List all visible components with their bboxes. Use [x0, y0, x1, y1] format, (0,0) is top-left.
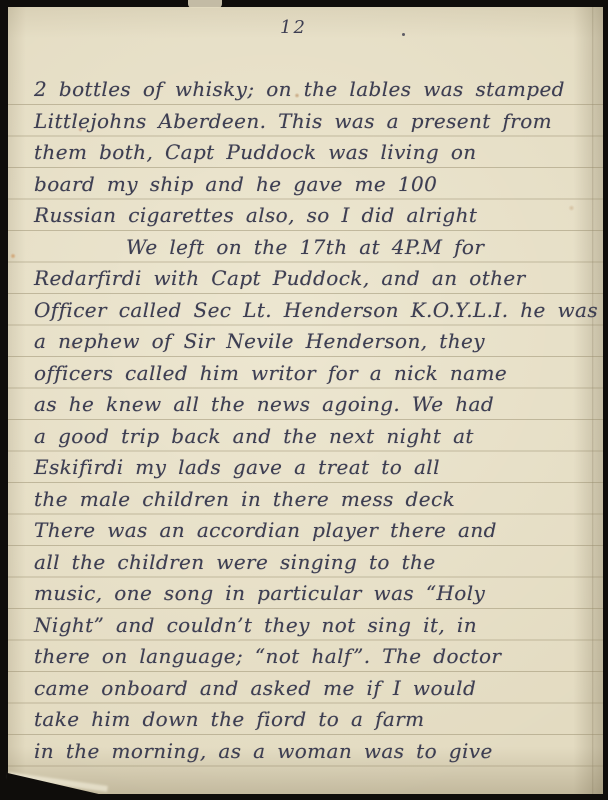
handwritten-line: 2 bottles of whisky; on the lables was s…: [34, 74, 591, 106]
handwritten-line: as he knew all the news agoing. We had: [34, 389, 591, 421]
handwritten-line: the male children in there mess deck: [34, 484, 591, 516]
handwritten-line: Russian cigarettes also, so I did alrigh…: [34, 200, 591, 232]
handwritten-line: a good trip back and the next night at: [34, 421, 591, 453]
handwritten-line: Eskifirdi my lads gave a treat to all: [34, 452, 591, 484]
handwritten-line: there on language; “not half”. The docto…: [34, 641, 591, 673]
handwritten-line: take him down the fiord to a farm: [34, 704, 591, 736]
ink-dot: [402, 33, 405, 36]
handwritten-line: them both, Capt Puddock was living on: [34, 137, 591, 169]
handwritten-line: Officer called Sec Lt. Henderson K.O.Y.L…: [34, 295, 591, 327]
handwritten-line: officers called him writor for a nick na…: [34, 358, 591, 390]
notebook-page: 12 2 bottles of whisky; on the lables wa…: [8, 7, 603, 794]
handwritten-line: There was an accordian player there and: [34, 515, 591, 547]
handwritten-line: board my ship and he gave me 100: [34, 169, 591, 201]
handwritten-line: Littlejohns Aberdeen. This was a present…: [34, 106, 591, 138]
handwritten-line: Redarfirdi with Capt Puddock, and an oth…: [34, 263, 591, 295]
handwritten-line: Night” and couldn’t they not sing it, in: [34, 610, 591, 642]
handwritten-line: in the morning, as a woman was to give: [34, 736, 591, 768]
handwritten-line: a nephew of Sir Nevile Henderson, they: [34, 326, 591, 358]
page-number: 12: [0, 17, 591, 39]
handwritten-line: came onboard and asked me if I would: [34, 673, 591, 705]
scanned-diary-screenshot: { "document": { "page_number": "12", "li…: [0, 0, 608, 800]
page-edge-notch: [188, 0, 222, 8]
handwritten-line: music, one song in particular was “Holy: [34, 578, 591, 610]
handwritten-line: We left on the 17th at 4P.M for: [34, 232, 591, 264]
handwritten-line: all the children were singing to the: [34, 547, 591, 579]
handwritten-lines: 2 bottles of whisky; on the lables was s…: [8, 50, 603, 767]
